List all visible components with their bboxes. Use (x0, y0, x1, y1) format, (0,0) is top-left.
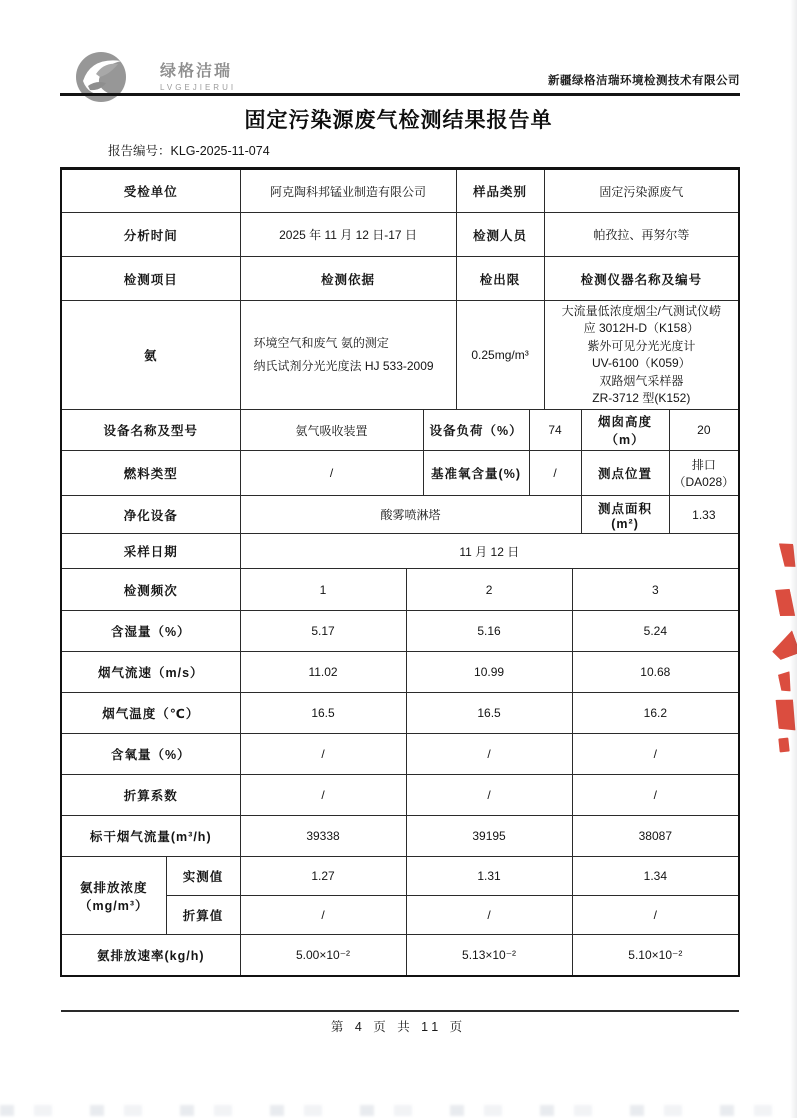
measured-1: 1.27 (240, 857, 406, 896)
stack-height-value: 20 (669, 410, 739, 451)
test-basis-header: 检测依据 (240, 257, 456, 301)
row-moisture: 含湿量（%） 5.17 5.16 5.24 (61, 611, 739, 652)
flue-temperature-label: 烟气温度（℃） (61, 693, 240, 734)
analysis-time-value: 2025 年 11 月 12 日-17 日 (240, 213, 456, 257)
sampling-date-value: 11 月 12 日 (240, 534, 739, 569)
row-sampling-date: 采样日期 11 月 12 日 (61, 534, 739, 569)
stack-height-label: 烟囱高度（m） (581, 410, 669, 451)
dry-flue-flow-3: 38087 (572, 816, 739, 857)
results-table: 受检单位 阿克陶科邦锰业制造有限公司 样品类别 固定污染源废气 分析时间 202… (60, 167, 740, 977)
fuel-type-value: / (240, 451, 423, 496)
reference-oxygen-label: 基准氧含量(%) (423, 451, 529, 496)
row-concentration-measured: 氨排放浓度 （mg/m³） 实测值 1.27 1.31 1.34 (61, 857, 739, 896)
sample-type-label: 样品类别 (456, 169, 544, 213)
page-title: 固定污染源废气检测结果报告单 (0, 104, 797, 134)
emission-rate-2: 5.13×10⁻² (406, 935, 572, 976)
inspected-unit-value: 阿克陶科邦锰业制造有限公司 (240, 169, 456, 213)
row-flue-temperature: 烟气温度（℃） 16.5 16.5 16.2 (61, 693, 739, 734)
report-page: 绿格洁瑞 LVGEJIERUI 新疆绿格洁瑞环境检测技术有限公司 固定污染源废气… (0, 0, 797, 1118)
analyte-instruments: 大流量低浓度烟尘/气测试仪崂 应 3012H-D（K158） 紫外可见分光光度计… (544, 301, 739, 410)
instrument-header: 检测仪器名称及编号 (544, 257, 739, 301)
converted-value-label: 折算值 (166, 896, 240, 935)
flue-velocity-2: 10.99 (406, 652, 572, 693)
purification-label: 净化设备 (61, 496, 240, 534)
flue-velocity-label: 烟气流速（m/s） (61, 652, 240, 693)
flue-temperature-2: 16.5 (406, 693, 572, 734)
conversion-coefficient-2: / (406, 775, 572, 816)
reference-oxygen-value: / (529, 451, 581, 496)
analyte-name: 氨 (61, 301, 240, 410)
ammonia-concentration-label: 氨排放浓度 （mg/m³） (61, 857, 166, 935)
moisture-label: 含湿量（%） (61, 611, 240, 652)
row-flue-velocity: 烟气流速（m/s） 11.02 10.99 10.68 (61, 652, 739, 693)
conversion-coefficient-label: 折算系数 (61, 775, 240, 816)
oxygen-content-1: / (240, 734, 406, 775)
oxygen-content-2: / (406, 734, 572, 775)
page-number: 第 4 页 共 11 页 (0, 1017, 797, 1035)
dry-flue-flow-2: 39195 (406, 816, 572, 857)
measured-value-label: 实测值 (166, 857, 240, 896)
inspectors-value: 帕孜拉、再努尔等 (544, 213, 739, 257)
sample-type-value: 固定污染源废气 (544, 169, 739, 213)
row-emission-rate: 氨排放速率(kg/h) 5.00×10⁻² 5.13×10⁻² 5.10×10⁻… (61, 935, 739, 976)
row-oxygen-content: 含氧量（%） / / / (61, 734, 739, 775)
row-purification-equipment: 净化设备 酸雾喷淋塔 测点面积(m²) 1.33 (61, 496, 739, 534)
scan-edge-shadow (790, 0, 797, 1118)
conversion-coefficient-1: / (240, 775, 406, 816)
row-equipment-name: 设备名称及型号 氨气吸收装置 设备负荷（%） 74 烟囱高度（m） 20 (61, 410, 739, 451)
brand-block: 绿格洁瑞 LVGEJIERUI (160, 58, 236, 92)
analyte-detection-limit: 0.25mg/m³ (456, 301, 544, 410)
report-number-value: KLG-2025-11-074 (171, 144, 270, 158)
emission-rate-3: 5.10×10⁻² (572, 935, 739, 976)
frequency-3: 3 (572, 569, 739, 611)
row-dry-flue-flow: 标干烟气流量(m³/h) 39338 39195 38087 (61, 816, 739, 857)
brand-name-cn: 绿格洁瑞 (160, 58, 236, 81)
moisture-3: 5.24 (572, 611, 739, 652)
stamp-stroke (778, 738, 789, 753)
frequency-1: 1 (240, 569, 406, 611)
equipment-name-label: 设备名称及型号 (61, 410, 240, 451)
detection-limit-header: 检出限 (456, 257, 544, 301)
fuel-type-label: 燃料类型 (61, 451, 240, 496)
flue-velocity-1: 11.02 (240, 652, 406, 693)
equipment-load-label: 设备负荷（%） (423, 410, 529, 451)
results-table-wrap: 受检单位 阿克陶科邦锰业制造有限公司 样品类别 固定污染源废气 分析时间 202… (60, 167, 740, 977)
converted-2: / (406, 896, 572, 935)
inspectors-label: 检测人员 (456, 213, 544, 257)
emission-rate-label: 氨排放速率(kg/h) (61, 935, 240, 976)
row-conversion-coefficient: 折算系数 / / / (61, 775, 739, 816)
moisture-1: 5.17 (240, 611, 406, 652)
frequency-2: 2 (406, 569, 572, 611)
conversion-coefficient-3: / (572, 775, 739, 816)
dry-flue-flow-label: 标干烟气流量(m³/h) (61, 816, 240, 857)
equipment-load-value: 74 (529, 410, 581, 451)
converted-1: / (240, 896, 406, 935)
moisture-2: 5.16 (406, 611, 572, 652)
point-area-value: 1.33 (669, 496, 739, 534)
measuring-point-value: 排口 （DA028） (669, 451, 739, 496)
report-number-label: 报告编号： (108, 144, 171, 158)
equipment-name-value: 氨气吸收装置 (240, 410, 423, 451)
converted-3: / (572, 896, 739, 935)
oxygen-content-3: / (572, 734, 739, 775)
measured-3: 1.34 (572, 857, 739, 896)
report-number: 报告编号：KLG-2025-11-074 (108, 141, 270, 159)
inspected-unit-label: 受检单位 (61, 169, 240, 213)
header-rule (60, 93, 740, 96)
measuring-point-label: 测点位置 (581, 451, 669, 496)
emission-rate-1: 5.00×10⁻² (240, 935, 406, 976)
flue-temperature-3: 16.2 (572, 693, 739, 734)
dry-flue-flow-1: 39338 (240, 816, 406, 857)
test-item-header: 检测项目 (61, 257, 240, 301)
row-item-header: 检测项目 检测依据 检出限 检测仪器名称及编号 (61, 257, 739, 301)
analysis-time-label: 分析时间 (61, 213, 240, 257)
row-test-frequency: 检测频次 1 2 3 (61, 569, 739, 611)
point-area-label: 测点面积(m²) (581, 496, 669, 534)
row-analyte-ammonia: 氨 环境空气和废气 氨的测定 纳氏试剂分光光度法 HJ 533-2009 0.2… (61, 301, 739, 410)
analyte-method: 环境空气和废气 氨的测定 纳氏试剂分光光度法 HJ 533-2009 (240, 301, 456, 410)
scan-bottom-noise (0, 1105, 797, 1116)
purification-value: 酸雾喷淋塔 (240, 496, 581, 534)
flue-velocity-3: 10.68 (572, 652, 739, 693)
measured-2: 1.31 (406, 857, 572, 896)
test-frequency-label: 检测频次 (61, 569, 240, 611)
row-fuel-type: 燃料类型 / 基准氧含量(%) / 测点位置 排口 （DA028） (61, 451, 739, 496)
brand-name-en: LVGEJIERUI (160, 83, 236, 92)
flue-temperature-1: 16.5 (240, 693, 406, 734)
row-analysis-time: 分析时间 2025 年 11 月 12 日-17 日 检测人员 帕孜拉、再努尔等 (61, 213, 739, 257)
footer-rule (61, 1010, 739, 1012)
sampling-date-label: 采样日期 (61, 534, 240, 569)
row-inspected-unit: 受检单位 阿克陶科邦锰业制造有限公司 样品类别 固定污染源废气 (61, 169, 739, 213)
company-name: 新疆绿格洁瑞环境检测技术有限公司 (548, 72, 740, 88)
oxygen-content-label: 含氧量（%） (61, 734, 240, 775)
